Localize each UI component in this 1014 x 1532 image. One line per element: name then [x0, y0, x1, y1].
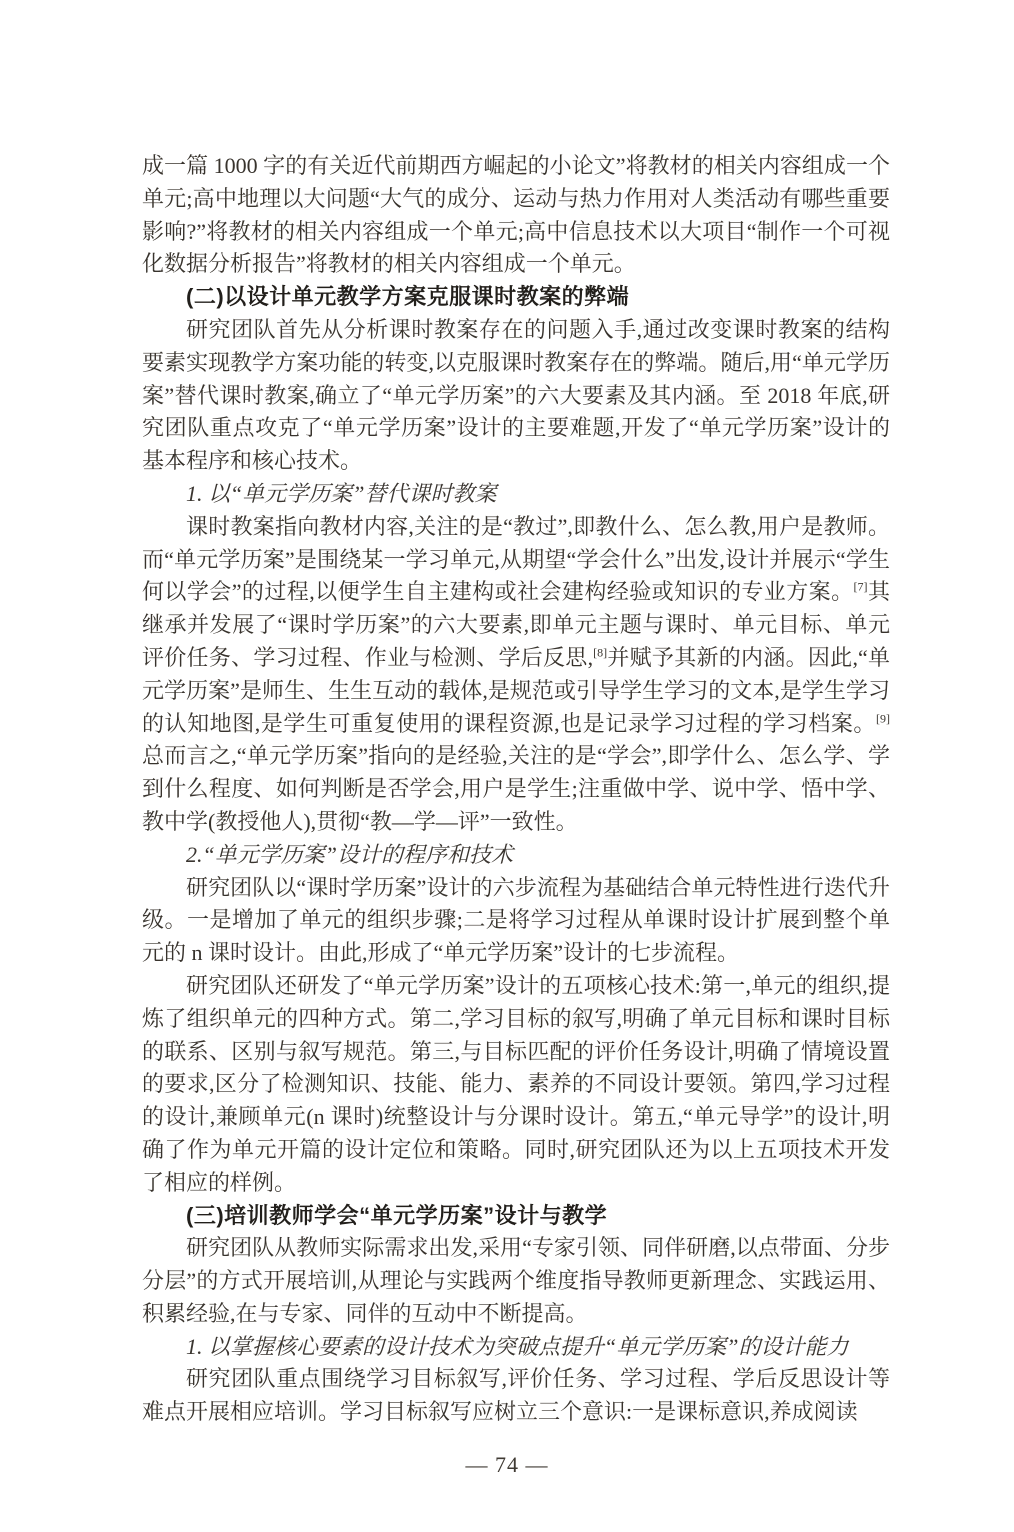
paragraph: 研究团队首先从分析课时教案存在的问题入手,通过改变课时教案的结构要素实现教学方案… [142, 314, 890, 478]
document-body: 成一篇 1000 字的有关近代前期西方崛起的小论文”将教材的相关内容组成一个单元… [142, 150, 890, 1429]
citation-ref: [8] [593, 646, 607, 660]
paragraph: 课时教案指向教材内容,关注的是“教过”,即教什么、怎么教,用户是教师。而“单元学… [142, 511, 890, 839]
subheading: 1. 以“单元学历案”替代课时教案 [142, 478, 890, 511]
paragraph: 成一篇 1000 字的有关近代前期西方崛起的小论文”将教材的相关内容组成一个单元… [142, 150, 890, 281]
page-number: — 74 — [466, 1452, 549, 1477]
citation-ref: [7] [854, 580, 868, 594]
paragraph: 研究团队重点围绕学习目标叙写,评价任务、学习过程、学后反思设计等难点开展相应培训… [142, 1363, 890, 1429]
document-page: 成一篇 1000 字的有关近代前期西方崛起的小论文”将教材的相关内容组成一个单元… [0, 0, 1014, 1532]
citation-ref: [9] [876, 711, 890, 725]
subheading: 2.“单元学历案”设计的程序和技术 [142, 839, 890, 872]
heading: (二)以设计单元教学方案克服课时教案的弊端 [142, 281, 890, 314]
subheading: 1. 以掌握核心要素的设计技术为突破点提升“单元学历案”的设计能力 [142, 1331, 890, 1364]
paragraph: 研究团队以“课时学历案”设计的六步流程为基础结合单元特性进行迭代升级。一是增加了… [142, 872, 890, 970]
paragraph: 研究团队从教师实际需求出发,采用“专家引领、同伴研磨,以点带面、分步分层”的方式… [142, 1232, 890, 1330]
page-footer: — 74 — [0, 1452, 1014, 1478]
heading: (三)培训教师学会“单元学历案”设计与教学 [142, 1200, 890, 1233]
paragraph: 研究团队还研发了“单元学历案”设计的五项核心技术:第一,单元的组织,提炼了组织单… [142, 970, 890, 1200]
